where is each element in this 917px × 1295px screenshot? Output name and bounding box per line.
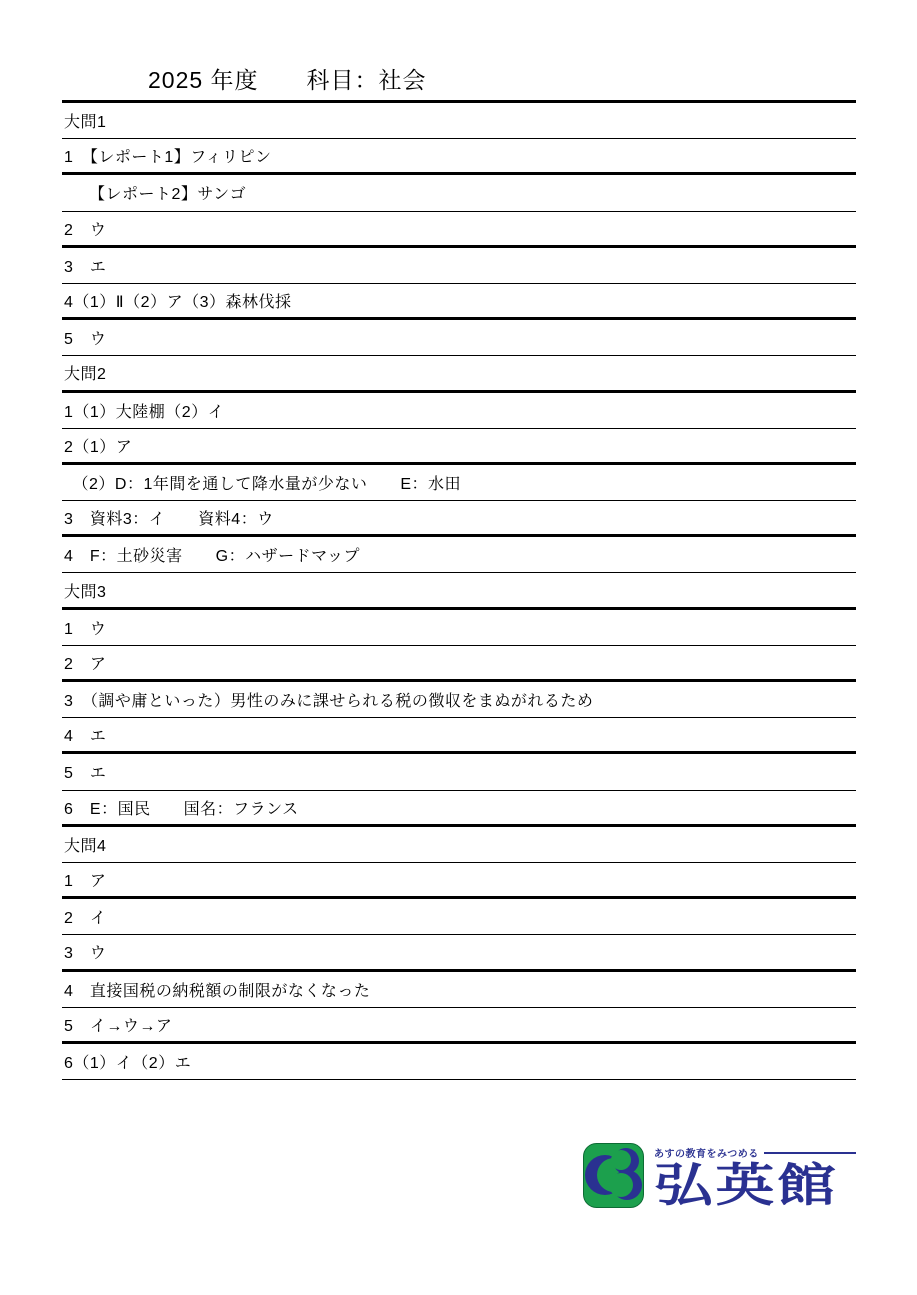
tagline-rule	[764, 1152, 856, 1154]
table-row: 大問3	[62, 573, 856, 609]
row-text: 4 エ	[64, 723, 106, 746]
table-row: 大問2	[62, 356, 856, 392]
table-row: 4 エ	[62, 718, 856, 754]
table-row: 3 ウ	[62, 935, 856, 971]
table-row: 【レポート2】サンゴ	[62, 175, 856, 211]
table-row: 大問1	[62, 103, 856, 139]
row-text: 3 エ	[64, 254, 106, 277]
row-text: 1（1）大陸棚（2）イ	[64, 399, 224, 422]
table-row: 6 E：国民 国名：フランス	[62, 791, 856, 827]
row-text: 2（1）ア	[64, 434, 132, 457]
table-row: 1 ア	[62, 863, 856, 899]
row-text: 1 ウ	[64, 616, 106, 639]
table-row: 4（1）Ⅱ（2）ア（3）森林伐採	[62, 284, 856, 320]
row-text: 1 【レポート1】フィリピン	[64, 144, 272, 167]
row-text: 6（1）イ（2）エ	[64, 1050, 191, 1073]
row-text: 2 ウ	[64, 217, 106, 240]
table-row: 5 エ	[62, 754, 856, 790]
row-text: 3 資料3：イ 資料4：ウ	[64, 506, 274, 529]
row-text: 4 直接国税の納税額の制限がなくなった	[64, 978, 370, 1001]
table-row: 2（1）ア	[62, 429, 856, 465]
table-row: （2）D：1年間を通して降水量が少ない E：水田	[62, 465, 856, 501]
logo-mark-icon	[583, 1143, 644, 1213]
row-text: 大問4	[64, 833, 106, 856]
row-text: 【レポート2】サンゴ	[64, 181, 246, 204]
table-row: 2 ウ	[62, 212, 856, 248]
table-row: 4 直接国税の納税額の制限がなくなった	[62, 972, 856, 1008]
row-text: 5 エ	[64, 760, 106, 783]
row-text: 3 （調や庸といった）男性のみに課せられる税の徴収をまぬがれるため	[64, 688, 593, 711]
row-text: 2 イ	[64, 905, 106, 928]
answer-table: 大問1 1 【レポート1】フィリピン 【レポート2】サンゴ 2 ウ 3 エ 4（…	[62, 100, 856, 1080]
table-row: 2 ア	[62, 646, 856, 682]
row-text: 4（1）Ⅱ（2）ア（3）森林伐採	[64, 289, 291, 312]
answer-sheet-page: 2025 年度 科目：社会 大問1 1 【レポート1】フィリピン 【レポート2】…	[0, 0, 917, 1295]
row-text: （2）D：1年間を通して降水量が少ない E：水田	[64, 471, 461, 494]
table-row: 5 イ→ウ→ア	[62, 1008, 856, 1044]
row-text: 大問2	[64, 361, 106, 384]
row-text: 5 イ→ウ→ア	[64, 1013, 172, 1036]
table-row: 3 資料3：イ 資料4：ウ	[62, 501, 856, 537]
table-row: 大問4	[62, 827, 856, 863]
row-text: 大問3	[64, 579, 106, 602]
table-row: 5 ウ	[62, 320, 856, 356]
row-text: 大問1	[64, 109, 106, 132]
school-logo: あすの教育をみつめる 弘英館	[583, 1143, 856, 1223]
table-row: 1 ウ	[62, 610, 856, 646]
table-row: 1（1）大陸棚（2）イ	[62, 393, 856, 429]
row-text: 6 E：国民 国名：フランス	[64, 796, 299, 819]
row-text: 3 ウ	[64, 940, 106, 963]
table-row: 3 （調や庸といった）男性のみに課せられる税の徴収をまぬがれるため	[62, 682, 856, 718]
row-text: 2 ア	[64, 651, 106, 674]
table-row: 1 【レポート1】フィリピン	[62, 139, 856, 175]
logo-text-block: あすの教育をみつめる 弘英館	[654, 1145, 856, 1208]
page-title: 2025 年度 科目：社会	[148, 62, 427, 95]
table-row: 6（1）イ（2）エ	[62, 1044, 856, 1080]
table-row: 4 F：土砂災害 G：ハザードマップ	[62, 537, 856, 573]
row-text: 5 ウ	[64, 326, 106, 349]
brand-name: 弘英館	[654, 1164, 913, 1208]
row-text: 4 F：土砂災害 G：ハザードマップ	[64, 543, 360, 566]
table-row: 3 エ	[62, 248, 856, 284]
row-text: 1 ア	[64, 868, 106, 891]
table-row: 2 イ	[62, 899, 856, 935]
